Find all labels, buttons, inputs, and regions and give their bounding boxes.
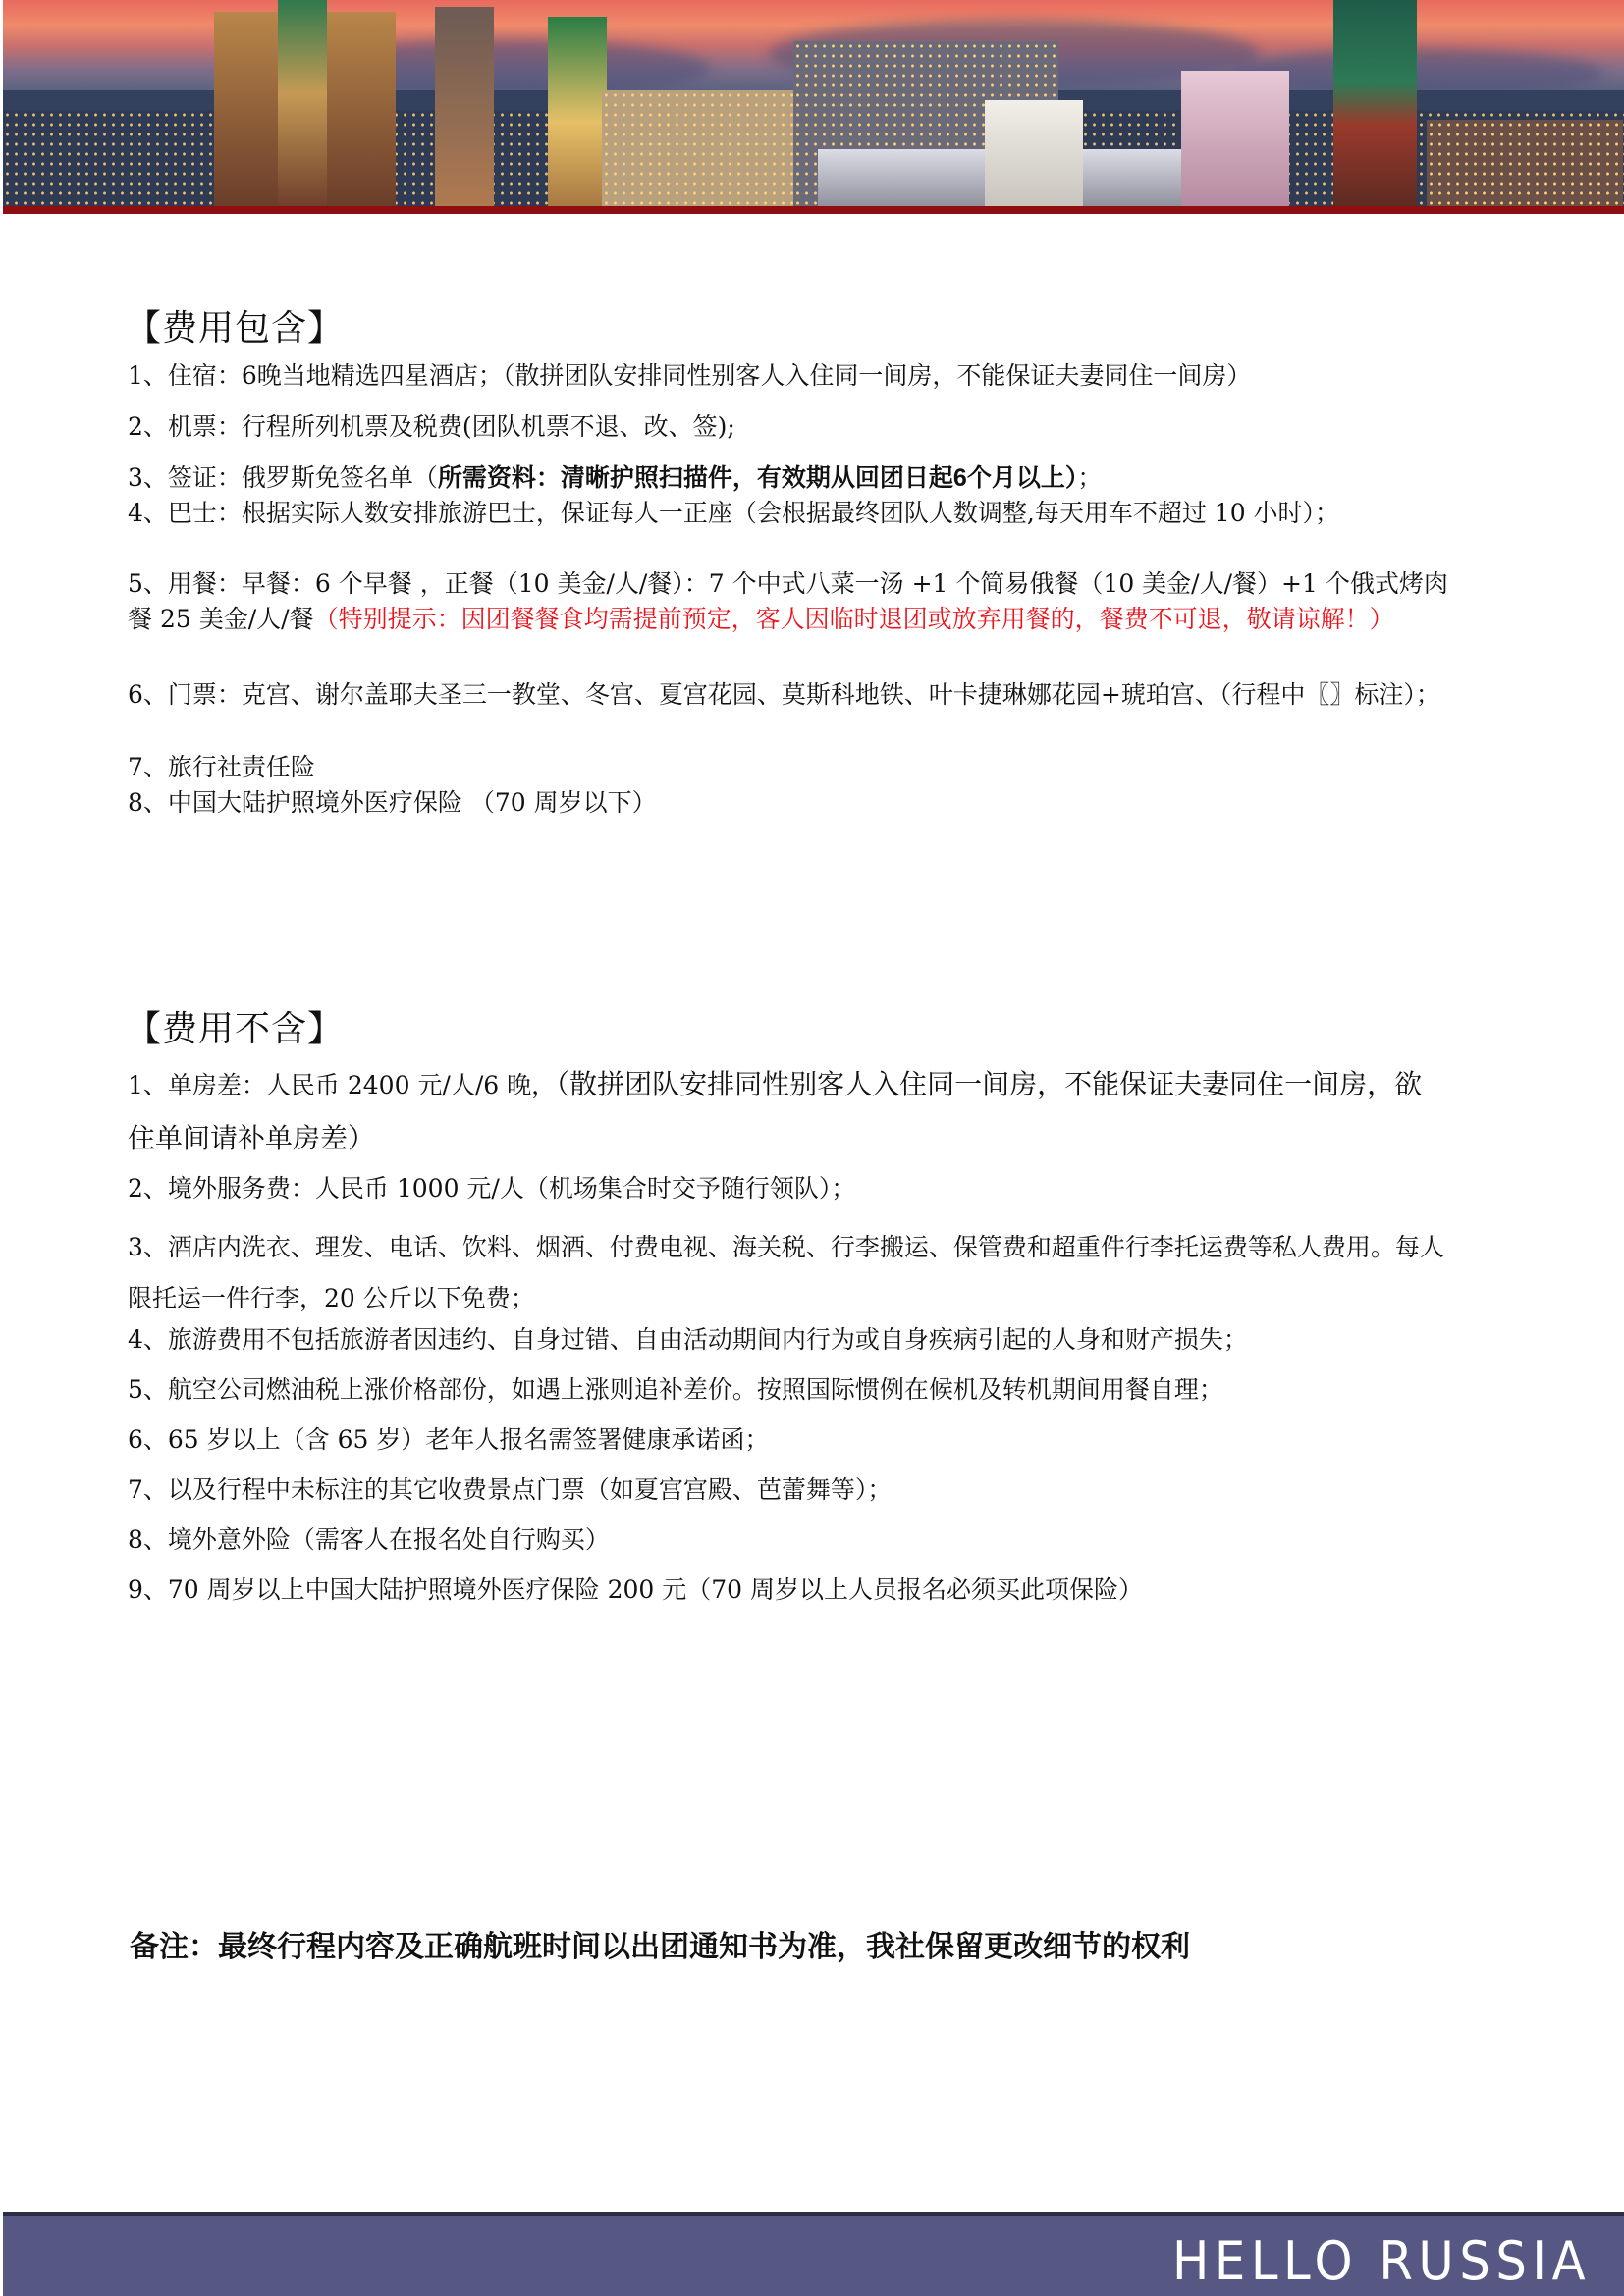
section-title-included: 【费用包含】 <box>126 300 344 350</box>
included-item-3-suffix: ； <box>1077 463 1102 492</box>
banner-accent-stripe <box>3 206 1624 214</box>
excluded-item-9: 9、70 周岁以上中国大陆护照境外医疗保险 200 元（70 周岁以上人员报名必… <box>128 1573 1448 1608</box>
footer-brand-text: HELLO RUSSIA <box>1172 2230 1591 2292</box>
excluded-item-3: 3、酒店内洗衣、理发、电话、饮料、烟酒、付费电视、海关税、行李搬运、保管费和超重… <box>128 1222 1448 1324</box>
spire-silhouette <box>548 17 607 208</box>
included-item-5: 5、用餐：早餐：6 个早餐 ，正餐（10 美金/人/餐）：7 个中式八菜一汤 +… <box>128 566 1448 637</box>
excluded-item-1: 1、单房差：人民币 2400 元/人/6 晚，（散拼团队安排同性别客人入住同一间… <box>128 1058 1448 1166</box>
footer-bar: HELLO RUSSIA <box>3 2212 1624 2296</box>
included-item-8: 8、中国大陆护照境外医疗保险 （70 周岁以下） <box>128 785 1448 821</box>
included-item-2: 2、机票：行程所列机票及税费(团队机票不退、改、签); <box>128 409 1448 445</box>
excluded-item-5: 5、航空公司燃油税上涨价格部份，如遇上涨则追补差价。按照国际惯例在候机及转机期间… <box>128 1372 1448 1408</box>
included-item-6: 6、门票：克宫、谢尔盖耶夫圣三一教堂、冬宫、夏宫花园、莫斯科地铁、叶卡捷琳娜花园… <box>128 677 1448 713</box>
included-item-3: 3、签证：俄罗斯免签名单（所需资料：清晰护照扫描件，有效期从回团日起6个月以上）… <box>128 460 1448 496</box>
included-item-3-bold: 所需资料：清晰护照扫描件，有效期从回团日起6个月以上） <box>438 464 1077 492</box>
excluded-item-4: 4、旅游费用不包括旅游者因违约、自身过错、自由活动期间内行为或自身疾病引起的人身… <box>128 1322 1448 1358</box>
included-item-3-text: 3、签证：俄罗斯免签名单（ <box>128 463 438 492</box>
kremlin-tower-silhouette <box>1333 0 1417 208</box>
remark-note: 备注：最终行程内容及正确航班时间以出团通知书为准，我社保留更改细节的权利 <box>130 1922 1190 1965</box>
section-title-excluded: 【费用不含】 <box>126 1001 344 1051</box>
excluded-item-1-text: 1、单房差：人民币 2400 元/人/6 晚， <box>128 1071 556 1099</box>
included-item-4: 4、巴士：根据实际人数安排旅游巴士，保证每人一正座（会根据最终团队人数调整,每天… <box>128 496 1448 531</box>
excluded-item-2: 2、境外服务费：人民币 1000 元/人（机场集合时交予随行领队）； <box>128 1171 1448 1206</box>
excluded-item-8: 8、境外意外险（需客人在报名处自行购买） <box>128 1522 1448 1558</box>
excluded-item-6: 6、65 岁以上（含 65 岁）老年人报名需签署健康承诺函； <box>128 1422 1448 1458</box>
header-banner-image <box>3 0 1624 208</box>
included-item-5-warning: （特别提示：因团餐餐食均需提前预定，客人因临时退团或放弃用餐的，餐费不可退，敬请… <box>314 605 1394 633</box>
included-item-1: 1、住宿：6晚当地精选四星酒店；（散拼团队安排同性别客人入住同一间房，不能保证夫… <box>128 358 1448 394</box>
included-item-7: 7、旅行社责任险 <box>128 750 1448 785</box>
excluded-item-7: 7、以及行程中未标注的其它收费景点门票（如夏宫宫殿、芭蕾舞等）； <box>128 1472 1448 1508</box>
